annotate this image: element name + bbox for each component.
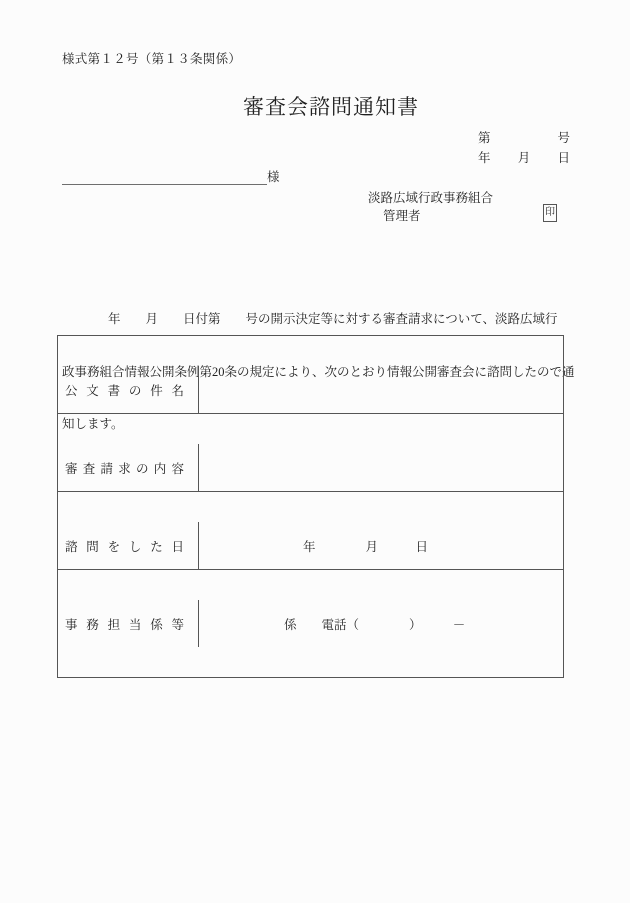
doc-number-line: 第 号 <box>478 128 570 146</box>
addressee-honorific: 様 <box>267 167 280 185</box>
doc-number-prefix: 第 <box>478 128 491 146</box>
table-row: 事務担当係等 係 電話（ ） － <box>58 600 563 647</box>
row-value <box>199 366 563 413</box>
issuer-organization: 淡路広域行政事務組合 <box>368 188 493 206</box>
row-label: 事務担当係等 <box>58 600 199 647</box>
row-value: 係 電話（ ） － <box>199 600 563 647</box>
row-value: 年 月 日 <box>199 522 563 569</box>
row-label-text: 諮問をした日 <box>65 537 184 555</box>
row-label-text: 審査請求の内容 <box>65 459 184 477</box>
table-row: 審査請求の内容 <box>58 444 563 492</box>
addressee-blank-underline <box>62 170 267 185</box>
form-number-label: 様式第１２号（第１３条関係） <box>62 49 241 67</box>
row-label-text: 公文書の件名 <box>65 381 184 399</box>
date-day-label: 日 <box>557 148 570 166</box>
row-label: 審査請求の内容 <box>58 444 199 491</box>
issue-date-line: 年 月 日 <box>478 148 570 166</box>
date-year-label: 年 <box>478 148 491 166</box>
table-row: 諮問をした日 年 月 日 <box>58 522 563 570</box>
request-table: 公文書の件名 審査請求の内容 諮問をした日 年 月 日 事務担当係等 係 電話（… <box>57 335 564 678</box>
row-label: 諮問をした日 <box>58 522 199 569</box>
seal-mark: 印 <box>543 204 557 222</box>
row-value <box>199 444 563 491</box>
table-row: 公文書の件名 <box>58 366 563 414</box>
date-month-label: 月 <box>518 148 531 166</box>
row-label-text: 事務担当係等 <box>65 615 184 633</box>
document-title: 審査会諮問通知書 <box>243 91 419 121</box>
addressee-line: 様 <box>62 167 280 185</box>
doc-number-suffix: 号 <box>557 128 570 146</box>
issuer-title: 管理者 <box>383 206 421 224</box>
body-line: 年 月 日付第 号の開示決定等に対する審査請求について、淡路広域行 <box>62 311 567 329</box>
row-label: 公文書の件名 <box>58 366 199 413</box>
document-page: 様式第１２号（第１３条関係） 審査会諮問通知書 第 号 年 月 日 様 淡路広域… <box>0 0 630 903</box>
